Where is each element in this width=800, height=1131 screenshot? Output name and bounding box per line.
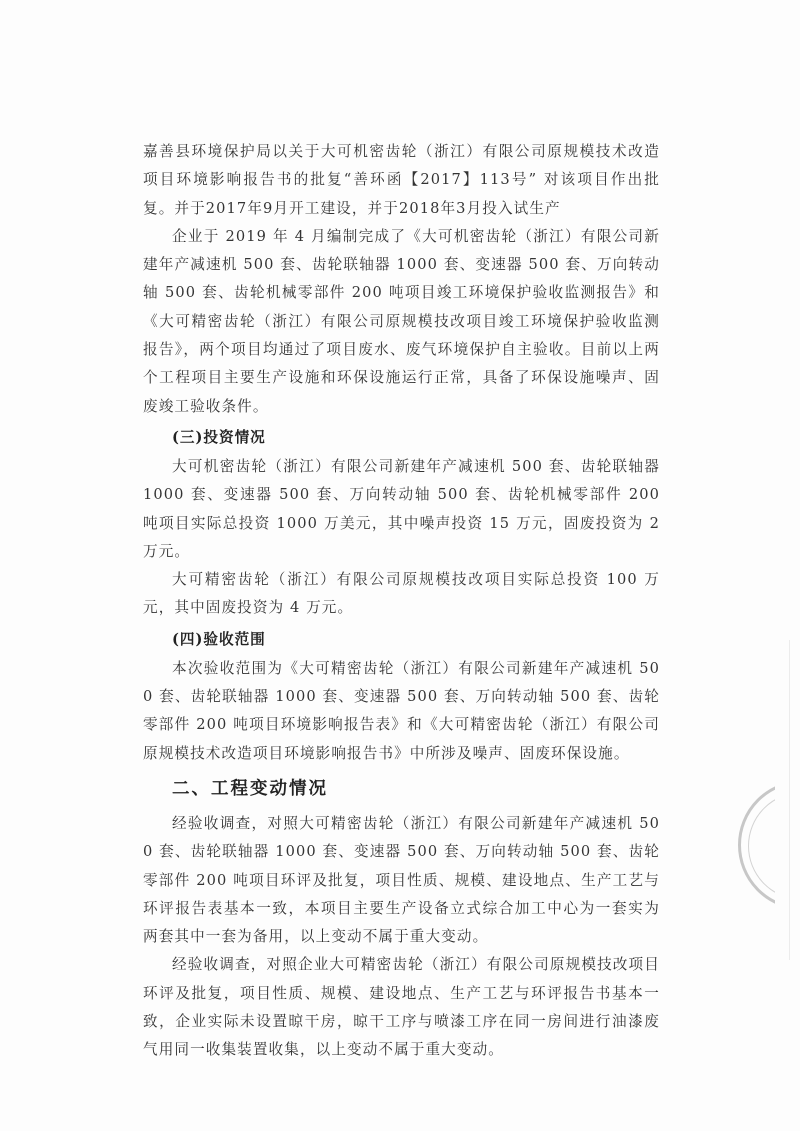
paragraph-acceptance-report: 企业于 2019 年 4 月编制完成了《大可机密齿轮（浙江）有限公司新建年产减速… — [143, 223, 660, 421]
page-edge-mask — [775, 760, 800, 930]
heading-investment: (三)投资情况 — [172, 424, 660, 452]
heading-acceptance-scope: (四)验收范围 — [172, 626, 660, 654]
page-edge-line — [789, 640, 790, 960]
document-page: 嘉善县环境保护局以关于大可机密齿轮（浙江）有限公司原规模技术改造项目环境影响报告… — [0, 0, 800, 1131]
heading-project-changes: 二、工程变动情况 — [172, 772, 660, 806]
paragraph-changes-new-project: 经验收调查，对照大可精密齿轮（浙江）有限公司新建年产减速机 500 套、齿轮联轴… — [143, 810, 660, 951]
document-body: 嘉善县环境保护局以关于大可机密齿轮（浙江）有限公司原规模技术改造项目环境影响报告… — [143, 138, 660, 1065]
paragraph-investment-new: 大可机密齿轮（浙江）有限公司新建年产减速机 500 套、齿轮联轴器 1000 套… — [143, 453, 660, 566]
paragraph-changes-upgrade-project: 经验收调查，对照企业大可精密齿轮（浙江）有限公司原规模技改项目环评及批复，项目性… — [143, 951, 660, 1064]
paragraph-approval: 嘉善县环境保护局以关于大可机密齿轮（浙江）有限公司原规模技术改造项目环境影响报告… — [143, 138, 660, 223]
paragraph-investment-upgrade: 大可精密齿轮（浙江）有限公司原规模技改项目实际总投资 100 万元，其中固废投资… — [143, 566, 660, 623]
paragraph-acceptance-scope: 本次验收范围为《大可精密齿轮（浙江）有限公司新建年产减速机 500 套、齿轮联轴… — [143, 655, 660, 768]
